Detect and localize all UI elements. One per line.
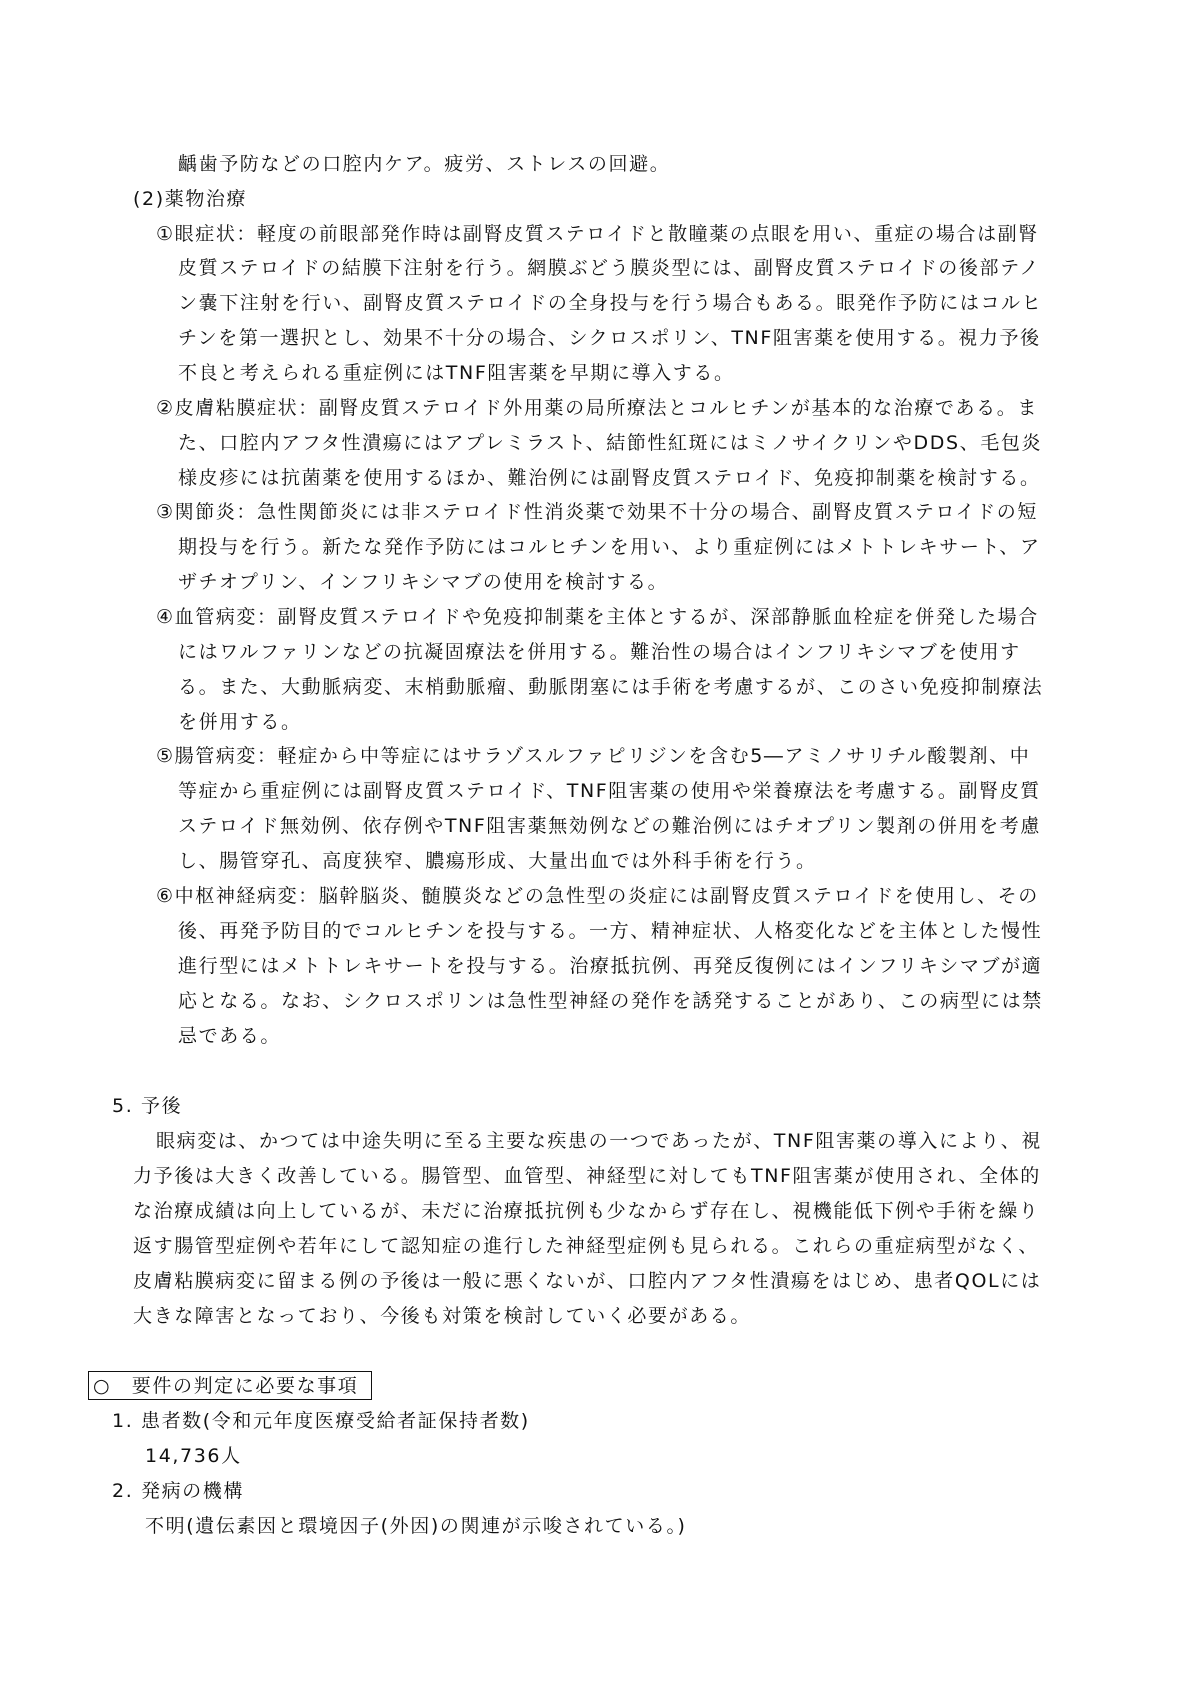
item-line: にはワルファリンなどの抗凝固療法を併用する。難治性の場合はインフリキシマブを使用…: [178, 637, 1021, 667]
prognosis-heading: 5. 予後: [112, 1091, 182, 1121]
intro-continuation-text: 齲歯予防などの口腔内ケア。疲労、ストレスの回避。: [178, 149, 670, 179]
item-line: 不良と考えられる重症例にはTNF阻害薬を早期に導入する。: [178, 358, 735, 388]
requirements-box-title: ○ 要件の判定に必要な事項: [93, 1371, 358, 1401]
requirement-heading-patient-count: 1. 患者数(令和元年度医療受給者証保持者数): [112, 1406, 530, 1436]
item-line: ①眼症状：軽度の前眼部発作時は副腎皮質ステロイドと散瞳薬の点眼を用い、重症の場合…: [156, 219, 1039, 249]
paragraph-line: な治療成績は向上しているが、未だに治療抵抗例も少なからず存在し、視機能低下例や手…: [133, 1196, 1039, 1226]
item-line: 様皮疹には抗菌薬を使用するほか、難治例には副腎皮質ステロイド、免疫抑制薬を検討す…: [178, 463, 1041, 493]
paragraph-line: 返す腸管型症例や若年にして認知症の進行した神経型症例も見られる。これらの重症病型…: [133, 1231, 1039, 1261]
item-line: を併用する。: [178, 707, 302, 737]
item-line: し、腸管穿孔、高度狭窄、膿瘍形成、大量出血では外科手術を行う。: [178, 846, 817, 876]
item-line: ②皮膚粘膜症状：副腎皮質ステロイド外用薬の局所療法とコルヒチンが基本的な治療であ…: [156, 393, 1038, 423]
drug-therapy-heading: (2)薬物治療: [133, 184, 247, 214]
requirement-value-pathogenesis: 不明(遺伝素因と環境因子(外因)の関連が示唆されている。): [145, 1511, 687, 1541]
requirement-heading-pathogenesis: 2. 発病の機構: [112, 1476, 244, 1506]
item-line: ザチオプリン、インフリキシマブの使用を検討する。: [178, 567, 668, 597]
item-line: た、口腔内アフタ性潰瘍にはアプレミラスト、結節性紅斑にはミノサイクリンやDDS、…: [178, 428, 1042, 458]
item-line: ⑥中枢神経病変：脳幹脳炎、髄膜炎などの急性型の炎症には副腎皮質ステロイドを使用し…: [156, 881, 1039, 911]
paragraph-line: 皮膚粘膜病変に留まる例の予後は一般に悪くないが、口腔内アフタ性潰瘍をはじめ、患者…: [133, 1266, 1041, 1296]
item-line: 期投与を行う。新たな発作予防にはコルヒチンを用い、より重症例にはメトトレキサート…: [178, 532, 1041, 562]
item-line: 後、再発予防目的でコルヒチンを投与する。一方、精神症状、人格変化などを主体とした…: [178, 916, 1042, 946]
requirement-value-patient-count: 14,736人: [145, 1441, 242, 1471]
item-line: 応となる。なお、シクロスポリンは急性型神経の発作を誘発することがあり、この病型に…: [178, 986, 1043, 1016]
item-line: ステロイド無効例、依存例やTNF阻害薬無効例などの難治例にはチオプリン製剤の併用…: [178, 811, 1041, 841]
requirements-section-box: ○ 要件の判定に必要な事項: [88, 1371, 372, 1400]
paragraph-line: 力予後は大きく改善している。腸管型、血管型、神経型に対してもTNF阻害薬が使用さ…: [133, 1161, 1041, 1191]
item-line: チンを第一選択とし、効果不十分の場合、シクロスポリン、TNF阻害薬を使用する。視…: [178, 323, 1041, 353]
item-line: 忌である。: [178, 1021, 281, 1051]
item-line: ④血管病変：副腎皮質ステロイドや免疫抑制薬を主体とするが、深部静脈血栓症を併発し…: [156, 602, 1039, 632]
item-line: ン嚢下注射を行い、副腎皮質ステロイドの全身投与を行う場合もある。眼発作予防にはコ…: [178, 288, 1042, 318]
paragraph-line: 眼病変は、かつては中途失明に至る主要な疾患の一つであったが、TNF阻害薬の導入に…: [156, 1126, 1042, 1156]
item-line: ⑤腸管病変：軽症から中等症にはサラゾスルファピリジンを含む5―アミノサリチル酸製…: [156, 741, 1030, 771]
paragraph-line: 大きな障害となっており、今後も対策を検討していく必要がある。: [133, 1301, 751, 1331]
item-line: 等症から重症例には副腎皮質ステロイド、TNF阻害薬の使用や栄養療法を考慮する。副…: [178, 776, 1041, 806]
item-line: 皮質ステロイドの結膜下注射を行う。網膜ぶどう膜炎型には、副腎皮質ステロイドの後部…: [178, 253, 1040, 283]
item-line: る。また、大動脈病変、末梢動脈瘤、動脈閉塞には手術を考慮するが、このさい免疫抑制…: [178, 672, 1043, 702]
item-line: 進行型にはメトトレキサートを投与する。治療抵抗例、再発反復例にはインフリキシマブ…: [178, 951, 1042, 981]
item-line: ③関節炎：急性関節炎には非ステロイド性消炎薬で効果不十分の場合、副腎皮質ステロイ…: [156, 497, 1038, 527]
